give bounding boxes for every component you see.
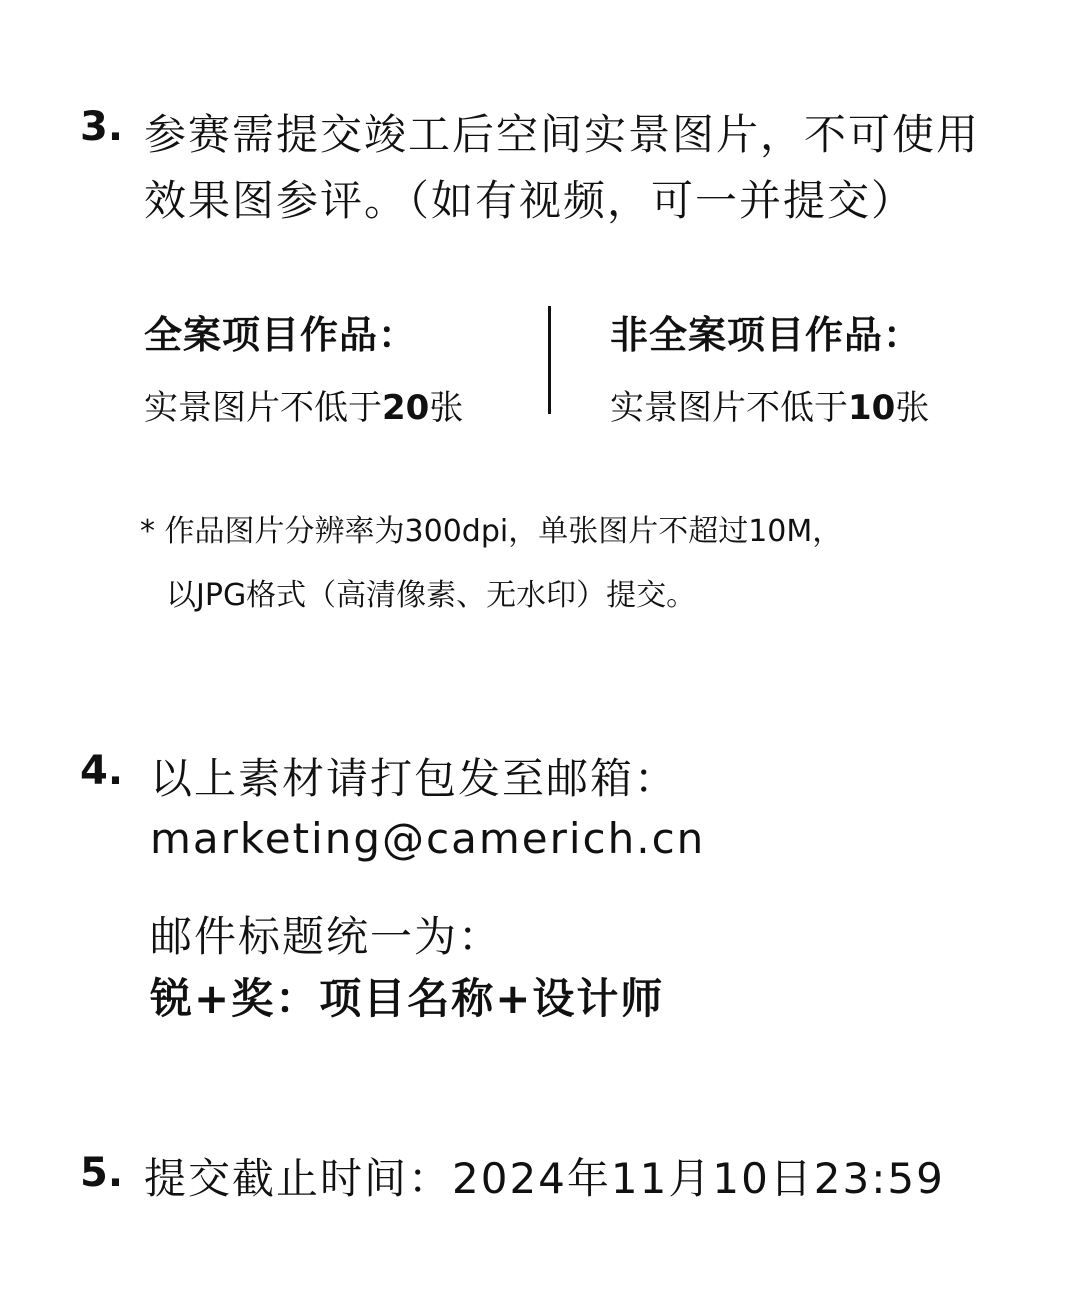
item-4-line-1: 以上素材请打包发至邮箱： [150, 746, 678, 806]
non-full-case-requirement: 实景图片不低于10张 [610, 380, 929, 429]
deadline-label: 提交截止时间： [144, 1154, 452, 1203]
full-case-requirement: 实景图片不低于20张 [144, 380, 463, 429]
image-spec-note-line-1: * 作品图片分辨率为300dpi，单张图片不超过10M， [140, 506, 842, 550]
full-case-text-prefix: 实景图片不低于 [144, 388, 382, 428]
column-divider [548, 306, 551, 414]
full-case-count: 20 [382, 388, 429, 428]
email-subject-format: 锐+奖：项目名称+设计师 [150, 966, 664, 1026]
non-full-case-title: 非全案项目作品： [610, 304, 922, 359]
deadline-row: 提交截止时间：2024年11月10日23:59 [144, 1146, 945, 1206]
full-case-title: 全案项目作品： [144, 304, 417, 359]
image-spec-note-line-2: 以JPG格式（高清像素、无水印）提交。 [166, 570, 696, 614]
item-5-number: 5. [80, 1150, 123, 1196]
item-3-line-2: 效果图参评。（如有视频，可一并提交） [144, 168, 915, 228]
item-3-number: 3. [80, 104, 123, 150]
submission-email[interactable]: marketing@camerich.cn [150, 814, 705, 863]
email-subject-label: 邮件标题统一为： [150, 904, 502, 964]
non-full-case-text-suffix: 张 [895, 388, 929, 428]
item-3-line-1: 参赛需提交竣工后空间实景图片，不可使用 [144, 102, 980, 162]
deadline-value: 2024年11月10日23:59 [452, 1154, 945, 1203]
full-case-text-suffix: 张 [429, 388, 463, 428]
non-full-case-count: 10 [848, 388, 895, 428]
non-full-case-text-prefix: 实景图片不低于 [610, 388, 848, 428]
item-4-number: 4. [80, 748, 123, 794]
